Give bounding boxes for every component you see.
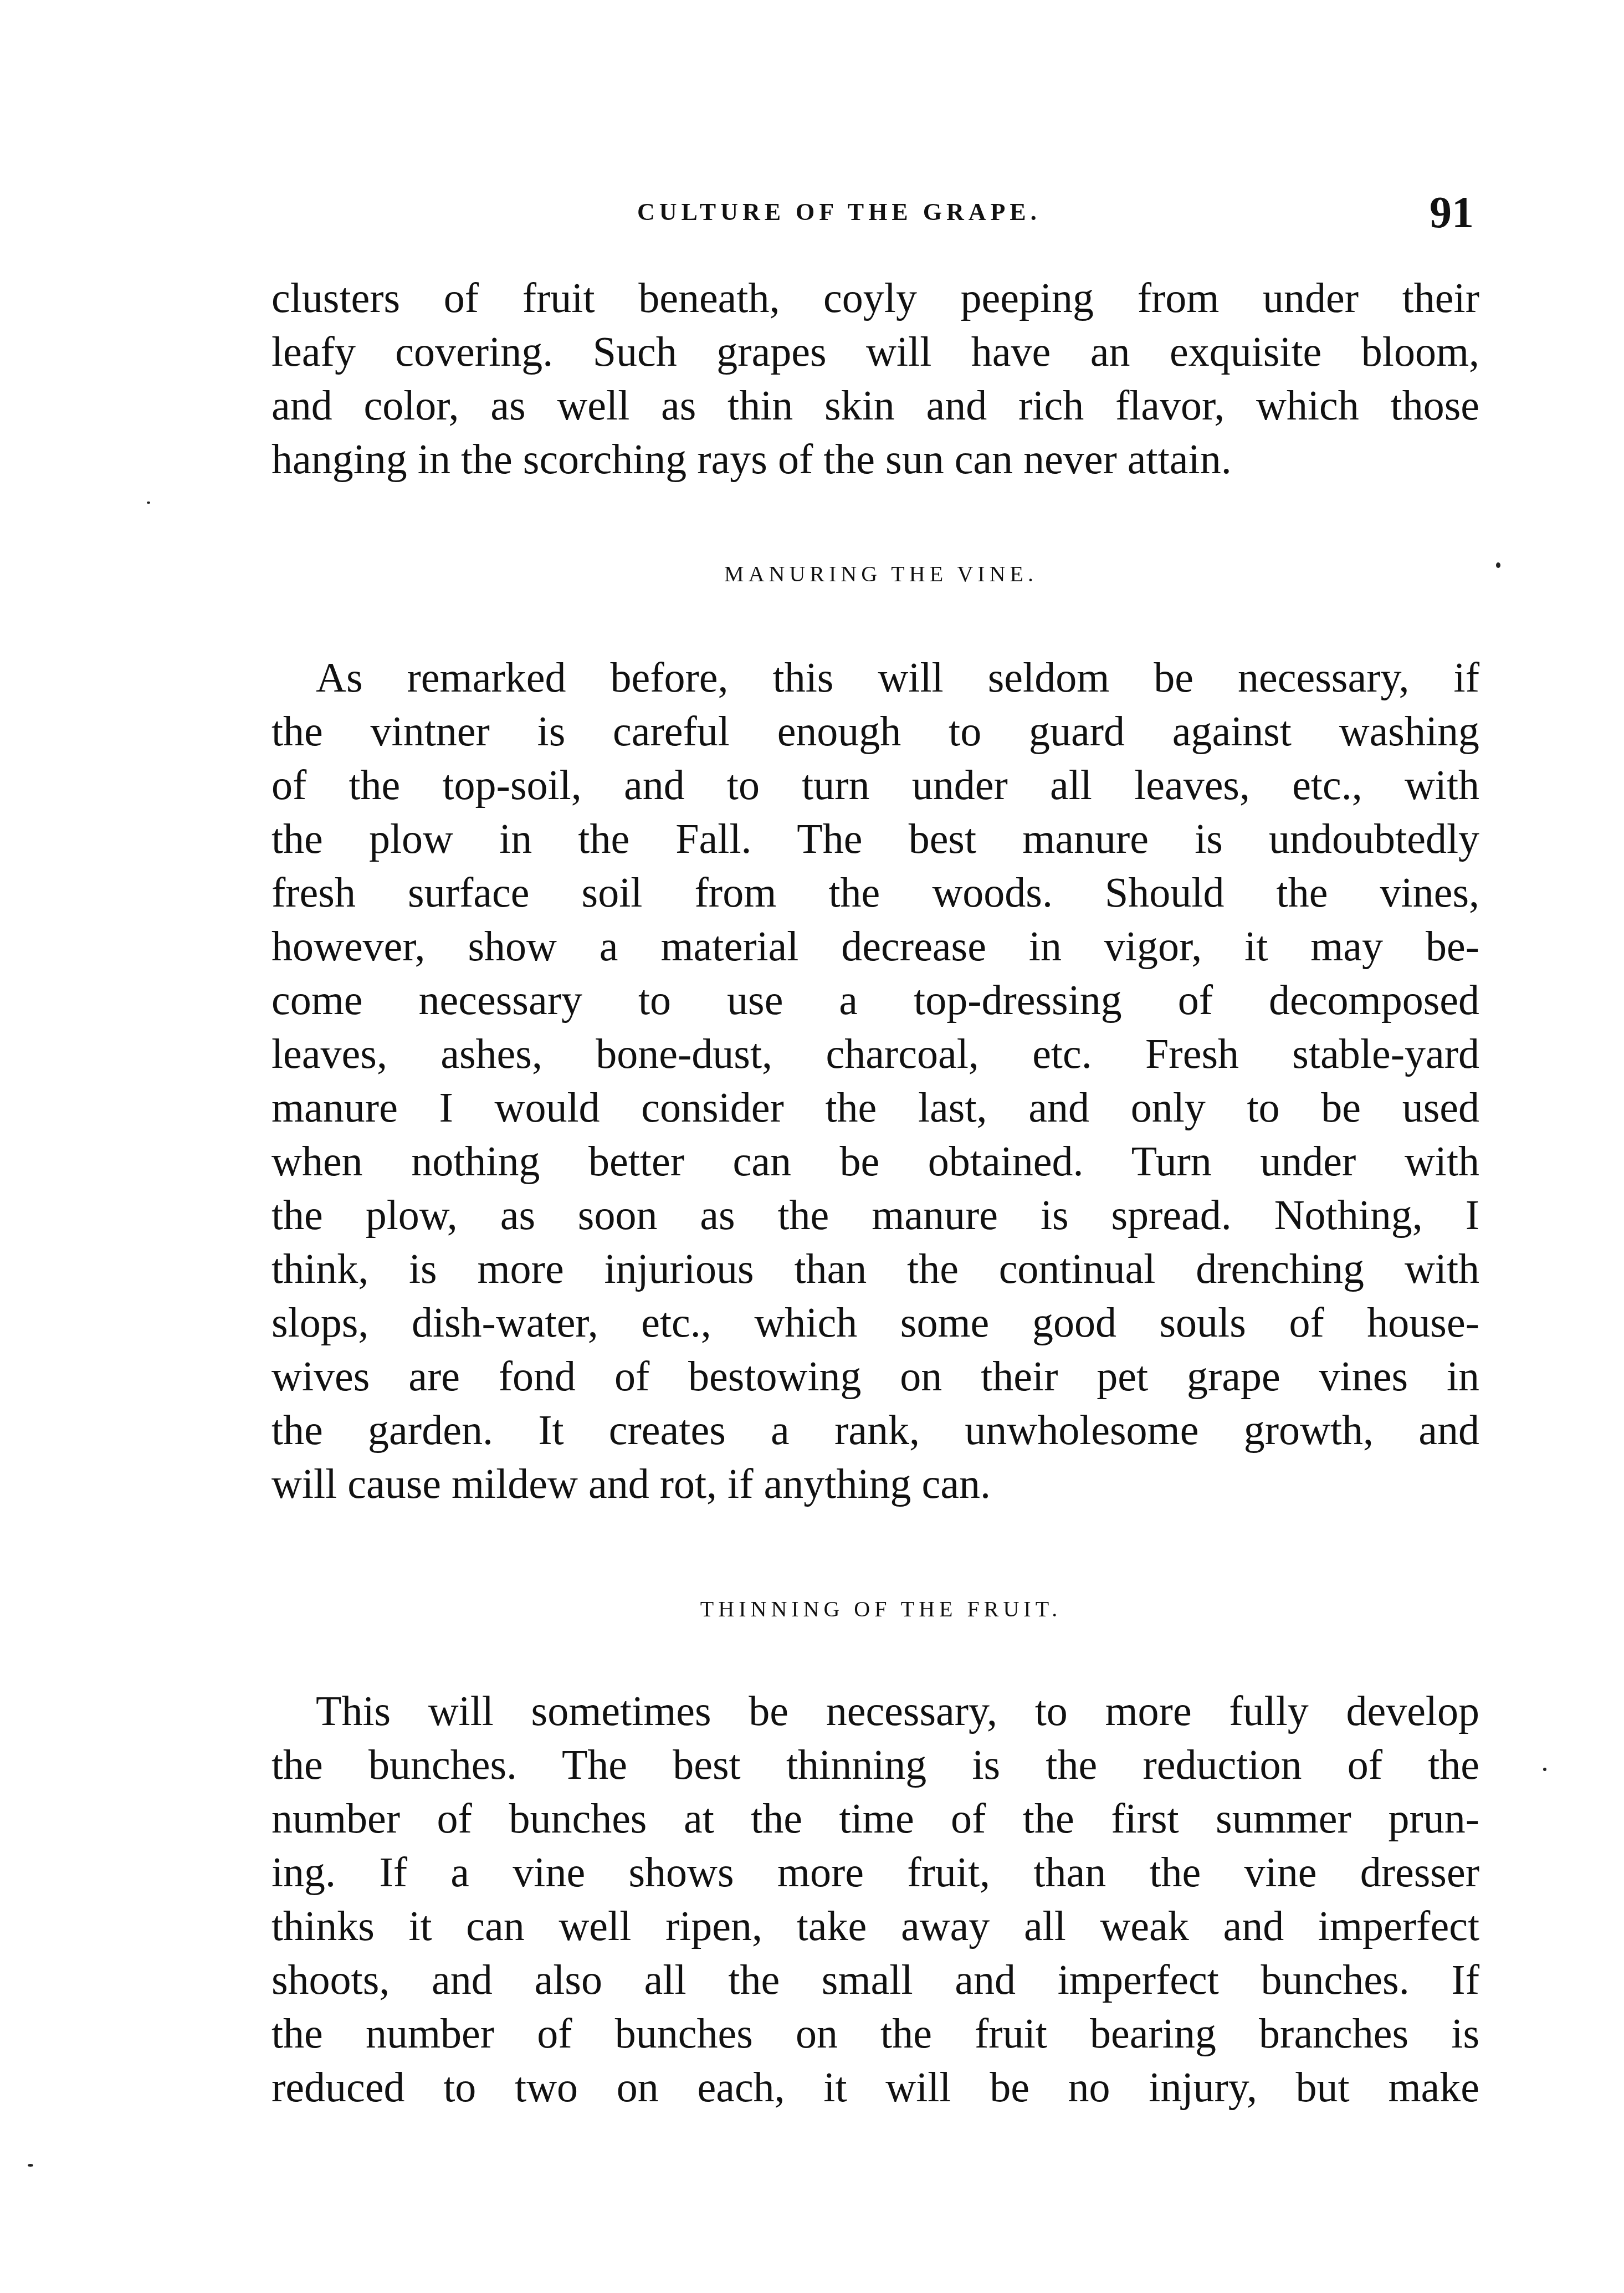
text-line: wives are fond of bestowing on their pet… — [271, 1350, 1479, 1404]
text-line: As remarked before, this will seldom be … — [271, 651, 1479, 705]
text-line: and color, as well as thin skin and rich… — [271, 379, 1479, 433]
running-head: CULTURE OF THE GRAPE. 91 — [271, 191, 1490, 236]
text-line: hanging in the scorching rays of the sun… — [271, 433, 1479, 487]
text-line: shoots, and also all the small and imper… — [271, 1953, 1479, 2007]
text-line: come necessary to use a top-dressing of … — [271, 974, 1479, 1027]
text-line: the number of bunches on the fruit beari… — [271, 2007, 1479, 2061]
thinning-paragraph: This will sometimes be necessary, to mor… — [271, 1685, 1479, 2115]
text-line: of the top-soil, and to turn under all l… — [271, 759, 1479, 812]
text-line: fresh surface soil from the woods. Shoul… — [271, 866, 1479, 920]
section-heading-thinning: THINNING OF THE FRUIT. — [271, 1596, 1490, 1622]
text-line: thinks it can well ripen, take away all … — [271, 1900, 1479, 1953]
manuring-paragraph: As remarked before, this will seldom be … — [271, 651, 1479, 1511]
text-line: when nothing better can be obtained. Tur… — [271, 1135, 1479, 1189]
text-line: the plow in the Fall. The best manure is… — [271, 812, 1479, 866]
text-line: leaves, ashes, bone-dust, charcoal, etc.… — [271, 1027, 1479, 1081]
text-line: think, is more injurious than the contin… — [271, 1242, 1479, 1296]
scan-speck — [1496, 562, 1500, 568]
section-heading-manuring: MANURING THE VINE. — [271, 561, 1490, 587]
text-line: the garden. It creates a rank, unwholeso… — [271, 1404, 1479, 1457]
text-line: leafy covering. Such grapes will have an… — [271, 325, 1479, 379]
running-title: CULTURE OF THE GRAPE. — [637, 198, 1041, 226]
text-line: will cause mildew and rot, if anything c… — [271, 1457, 1479, 1511]
scan-speck — [147, 501, 150, 504]
text-line: ing. If a vine shows more fruit, than th… — [271, 1846, 1479, 1900]
scan-speck — [28, 2164, 33, 2167]
text-line: manure I would consider the last, and on… — [271, 1081, 1479, 1135]
text-line: the vintner is careful enough to guard a… — [271, 705, 1479, 759]
text-line: This will sometimes be necessary, to mor… — [271, 1685, 1479, 1738]
text-line: reduced to two on each, it will be no in… — [271, 2061, 1479, 2115]
scan-speck — [1543, 1768, 1546, 1771]
text-line: clusters of fruit beneath, coyly peeping… — [271, 272, 1479, 325]
text-line: slops, dish-water, etc., which some good… — [271, 1296, 1479, 1350]
text-line: number of bunches at the time of the fir… — [271, 1792, 1479, 1846]
text-line: the plow, as soon as the manure is sprea… — [271, 1189, 1479, 1242]
text-line: the bunches. The best thinning is the re… — [271, 1738, 1479, 1792]
page-number: 91 — [1430, 188, 1474, 238]
continuation-paragraph: clusters of fruit beneath, coyly peeping… — [271, 272, 1479, 487]
text-line: however, show a material decrease in vig… — [271, 920, 1479, 974]
